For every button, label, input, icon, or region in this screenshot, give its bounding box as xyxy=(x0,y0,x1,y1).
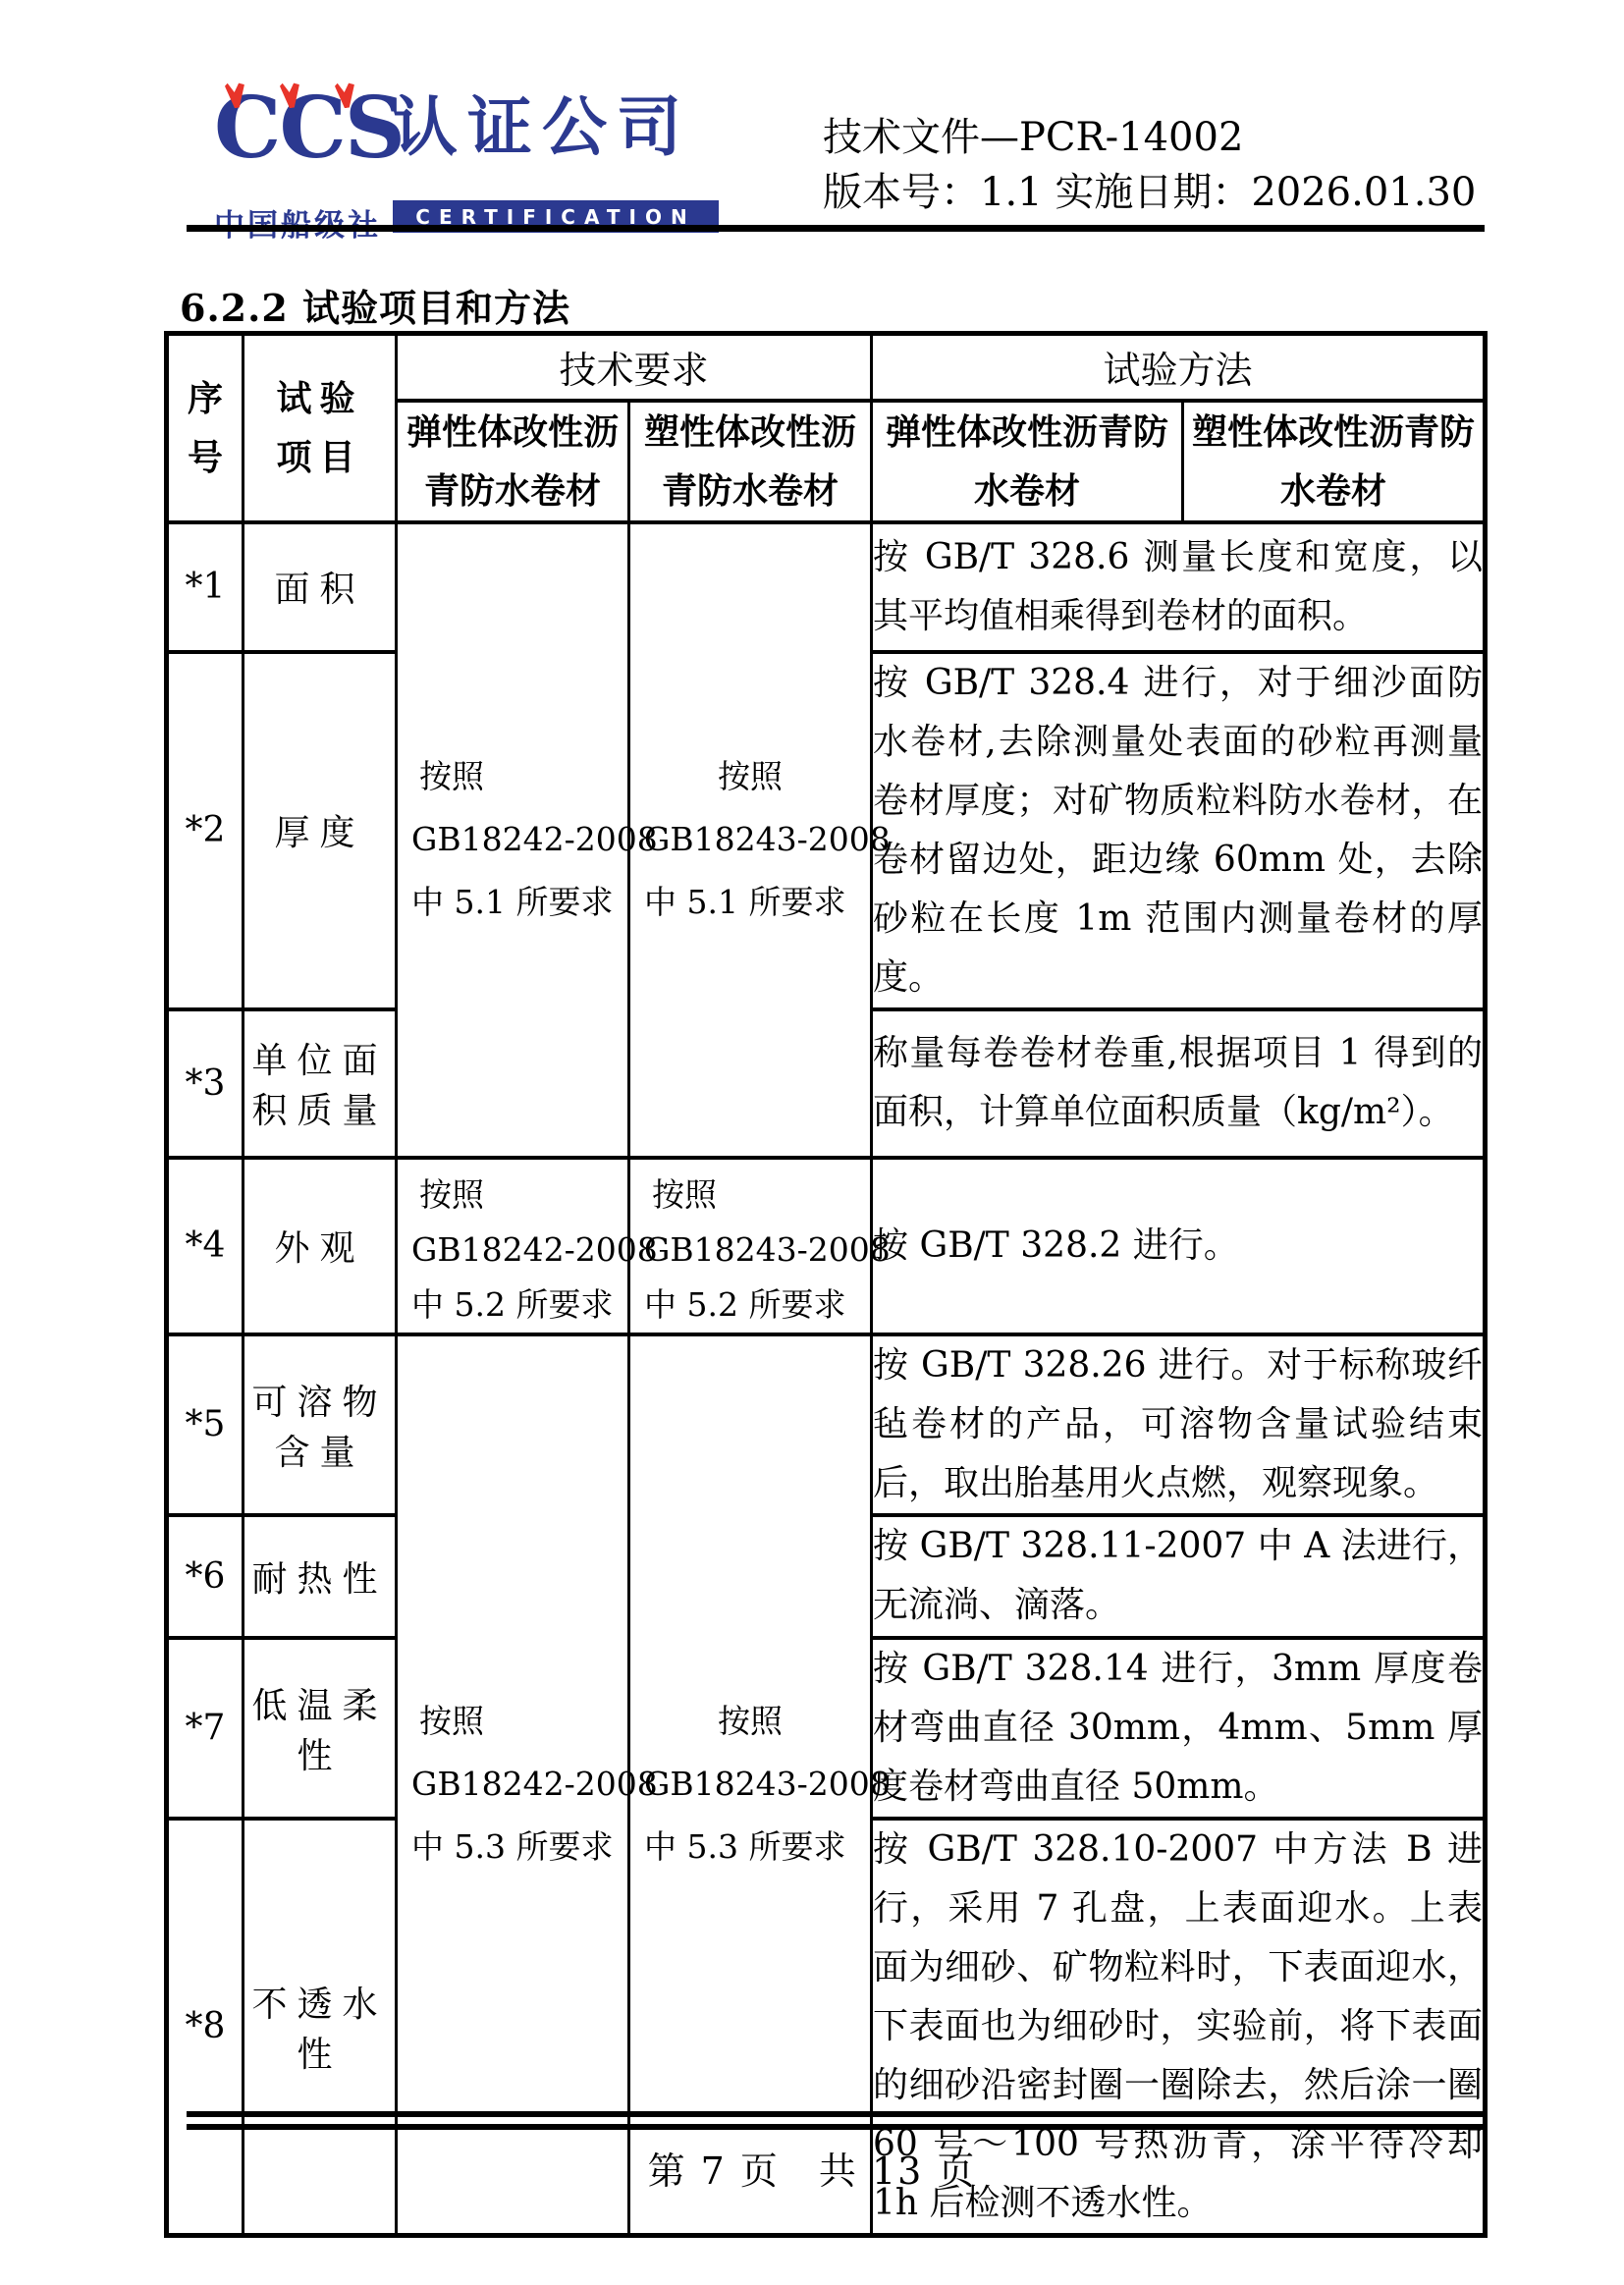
req-line: 按照 xyxy=(630,745,870,808)
page-number: 第 7 页 共 13 页 xyxy=(0,2141,1624,2195)
document-page: CCS 认证公司 中国船级社 CERTIFICATION 技术文件—PCR-14… xyxy=(0,0,1624,2285)
test-method-text: 按 GB/T 328.26 进行。对于标称玻纤毡卷材的产品，可溶物含量试验结束后… xyxy=(872,1334,1486,1515)
row-number: *4 xyxy=(167,1158,244,1334)
req-line: 中 5.1 所要求 xyxy=(630,871,870,934)
header-test-item-line1: 试验 xyxy=(244,369,395,428)
document-number: 技术文件—PCR-14002 xyxy=(823,110,1476,165)
test-item-name: 外观 xyxy=(244,1158,397,1334)
header-seq-line1: 序 xyxy=(169,369,242,428)
table-header-row-1: 序 号 试验 项目 技术要求 试验方法 xyxy=(167,334,1486,401)
header-technical-requirements: 技术要求 xyxy=(397,334,872,401)
req-line: 中 5.1 所要求 xyxy=(398,871,627,934)
req-line: GB18243-2008 xyxy=(630,1753,870,1816)
document-header: 技术文件—PCR-14002 版本号：1.1 实施日期：2026.01.30 xyxy=(823,110,1476,220)
ccs-logo: CCS 认证公司 中国船级社 CERTIFICATION xyxy=(214,90,725,238)
header-req-plastomer: 塑性体改性沥 青防水卷材 xyxy=(629,401,872,522)
req-line: 中 5.2 所要求 xyxy=(630,1278,870,1333)
header-method-plastomer-line2: 水卷材 xyxy=(1184,462,1483,520)
req-line: GB18242-2008 xyxy=(398,808,627,871)
header-seq-line2: 号 xyxy=(169,428,242,487)
test-method-text: 按 GB/T 328.6 测量长度和宽度，以其平均值相乘得到卷材的面积。 xyxy=(872,522,1486,652)
test-item-name: 单位面积质量 xyxy=(244,1009,397,1158)
req-line: 按照 xyxy=(398,745,627,808)
header-test-item: 试验 项目 xyxy=(244,334,397,522)
header-test-item-line2: 项目 xyxy=(244,428,395,487)
req-line: GB18242-2008 xyxy=(398,1223,627,1278)
version-and-date: 版本号：1.1 实施日期：2026.01.30 xyxy=(823,165,1476,220)
test-method-text: 按 GB/T 328.11-2007 中 A 法进行，无流淌、滴落。 xyxy=(872,1515,1486,1638)
req-line: 按照 xyxy=(630,1690,870,1753)
req-line: 中 5.3 所要求 xyxy=(630,1816,870,1878)
req-rows5-8-elastomer: 按照 GB18242-2008 中 5.3 所要求 xyxy=(397,1334,629,2236)
req-row4-elastomer: 按照 GB18242-2008 中 5.2 所要求 xyxy=(397,1158,629,1334)
test-item-name: 可溶物含量 xyxy=(244,1334,397,1515)
header-req-elastomer: 弹性体改性沥 青防水卷材 xyxy=(397,401,629,522)
test-items-table: 序 号 试验 项目 技术要求 试验方法 弹性体改性沥 青防水卷材 塑性体改性沥 xyxy=(164,331,1488,2238)
row-number: *3 xyxy=(167,1009,244,1158)
test-method-text: 称量每卷卷材卷重,根据项目 1 得到的面积，计算单位面积质量（kg/m²）。 xyxy=(872,1009,1486,1158)
header-req-plastomer-line1: 塑性体改性沥 xyxy=(630,403,870,462)
section-title: 6.2.2 试验项目和方法 xyxy=(180,278,570,332)
row-number: *2 xyxy=(167,652,244,1009)
row-number: *7 xyxy=(167,1638,244,1819)
header-divider xyxy=(187,225,1485,232)
req-rows5-8-plastomer: 按照 GB18243-2008 中 5.3 所要求 xyxy=(629,1334,872,2236)
req-line: 按照 xyxy=(630,1168,870,1223)
req-row4-plastomer: 按照 GB18243-2008 中 5.2 所要求 xyxy=(629,1158,872,1334)
test-method-text: 按 GB/T 328.2 进行。 xyxy=(872,1158,1486,1334)
test-method-text: 按 GB/T 328.4 进行，对于细沙面防水卷材,去除测量处表面的砂粒再测量卷… xyxy=(872,652,1486,1009)
req-line: 按照 xyxy=(398,1690,627,1753)
test-item-name: 面积 xyxy=(244,522,397,652)
header-req-elastomer-line1: 弹性体改性沥 xyxy=(398,403,627,462)
footer-divider-top xyxy=(187,2111,1485,2117)
table-row: *1 面积 按照 GB18242-2008 中 5.1 所要求 按照 GB182… xyxy=(167,522,1486,652)
header-req-plastomer-line2: 青防水卷材 xyxy=(630,462,870,520)
row-number: *1 xyxy=(167,522,244,652)
header-method-elastomer: 弹性体改性沥青防 水卷材 xyxy=(872,401,1183,522)
req-line: 中 5.2 所要求 xyxy=(398,1278,627,1333)
req-line: 中 5.3 所要求 xyxy=(398,1816,627,1878)
req-line: 按照 xyxy=(398,1168,627,1223)
logo-society-name: 中国船级社 xyxy=(214,200,381,245)
test-method-text: 按 GB/T 328.14 进行，3mm 厚度卷材弯曲直径 30mm，4mm、5… xyxy=(872,1638,1486,1819)
footer-divider-bottom xyxy=(187,2124,1485,2130)
header-seq: 序 号 xyxy=(167,334,244,522)
table-row: *4 外观 按照 GB18242-2008 中 5.2 所要求 按照 GB182… xyxy=(167,1158,1486,1334)
ccs-logo-letters: CCS xyxy=(214,86,404,171)
req-rows1-3-plastomer: 按照 GB18243-2008 中 5.1 所要求 xyxy=(629,522,872,1158)
test-item-name: 厚度 xyxy=(244,652,397,1009)
req-line: GB18243-2008 xyxy=(630,808,870,871)
test-item-name: 低温柔性 xyxy=(244,1638,397,1819)
header-method-plastomer: 塑性体改性沥青防 水卷材 xyxy=(1183,401,1486,522)
row-number: *5 xyxy=(167,1334,244,1515)
header-req-elastomer-line2: 青防水卷材 xyxy=(398,462,627,520)
logo-company-name: 认证公司 xyxy=(393,92,691,161)
req-rows1-3-elastomer: 按照 GB18242-2008 中 5.1 所要求 xyxy=(397,522,629,1158)
test-item-name: 耐热性 xyxy=(244,1515,397,1638)
table-row: *5 可溶物含量 按照 GB18242-2008 中 5.3 所要求 按照 GB… xyxy=(167,1334,1486,1515)
req-line: GB18243-2008 xyxy=(630,1223,870,1278)
header-method-plastomer-line1: 塑性体改性沥青防 xyxy=(1184,403,1483,462)
row-number: *6 xyxy=(167,1515,244,1638)
header-method-elastomer-line1: 弹性体改性沥青防 xyxy=(873,403,1181,462)
header-method-elastomer-line2: 水卷材 xyxy=(873,462,1181,520)
req-line: GB18242-2008 xyxy=(398,1753,627,1816)
header-test-method: 试验方法 xyxy=(872,334,1486,401)
